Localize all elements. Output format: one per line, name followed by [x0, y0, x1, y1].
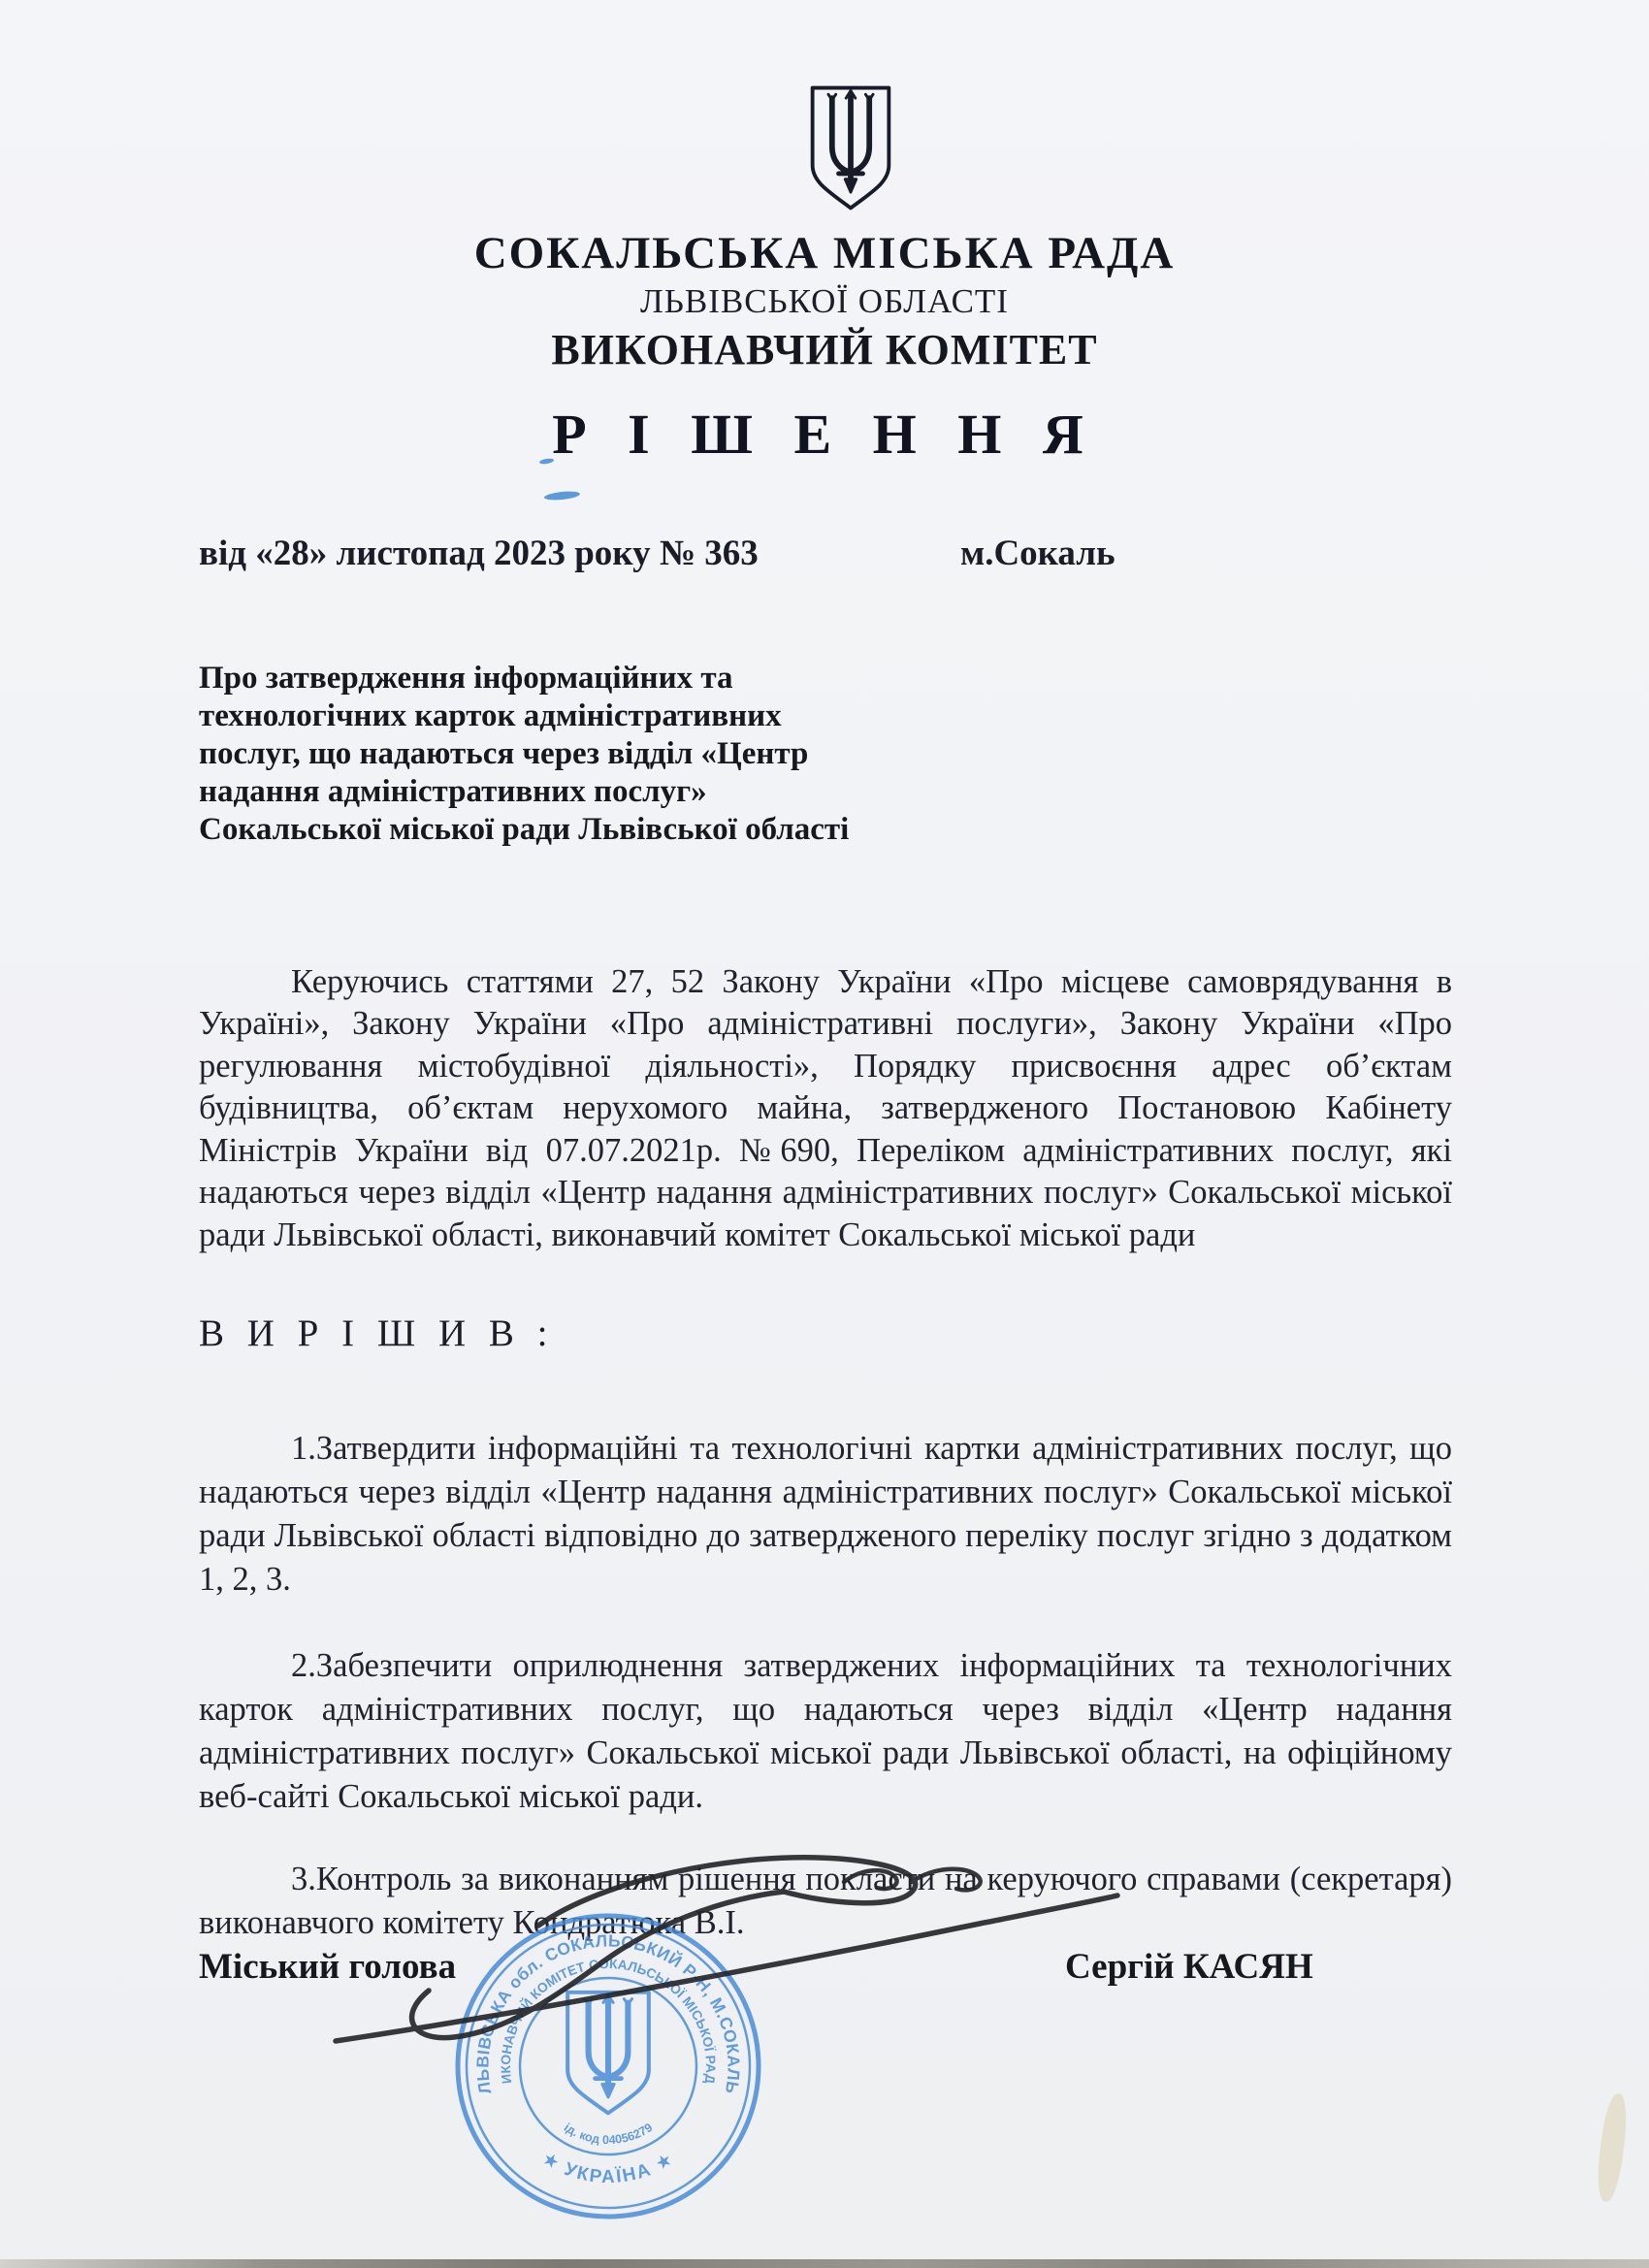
signer-name: Сергій КАСЯН: [1065, 1946, 1313, 1988]
svg-text:ід. код 04056279: ід. код 04056279: [562, 2121, 655, 2147]
svg-text:ВИКОНАВЧИЙ КОМІТЕТ СОКАЛЬСЬКОЇ: ВИКОНАВЧИЙ КОМІТЕТ СОКАЛЬСЬКОЇ МІСЬКОЇ Р…: [499, 1957, 718, 2085]
preamble-paragraph: Керуючись статтями 27, 52 Закону України…: [199, 961, 1452, 1257]
pen-mark: [544, 490, 581, 502]
stamp-trident-icon: [567, 1993, 649, 2113]
coat-of-arms-icon: [804, 81, 897, 215]
decision-item: 2.Забезпечити оприлюднення затверджених …: [199, 1644, 1452, 1819]
official-round-stamp: ЛЬВІВСЬКА обл. СОКАЛЬСЬКИЙ Р-Н, М.СОКАЛЬ…: [458, 1916, 759, 2217]
decision-item: 3.Контроль за виконанням рішення покласт…: [199, 1858, 1452, 1945]
scan-edge-strip: [0, 2259, 1649, 2268]
org-name: СОКАЛЬСЬКА МІСЬКА РАДА: [0, 227, 1649, 279]
scan-crease: [1594, 2092, 1630, 2203]
decision-item: 1.Затвердити інформаційні та технологічн…: [199, 1427, 1452, 1602]
committee-name: ВИКОНАВЧИЙ КОМІТЕТ: [0, 325, 1649, 374]
stamp-id-code: ід. код 04056279: [562, 2121, 655, 2147]
svg-text:ЛЬВІВСЬКА обл. СОКАЛЬСЬКИЙ Р-Н: ЛЬВІВСЬКА обл. СОКАЛЬСЬКИЙ Р-Н, М.СОКАЛЬ: [472, 1930, 743, 2095]
signer-title: Міський голова: [199, 1946, 456, 1988]
document-type-title: Р І Ш Е Н Н Я: [0, 402, 1649, 467]
subject-line: надання адміністративних послуг»: [199, 773, 897, 811]
subject-line: технологічних карток адміністративних: [199, 697, 897, 735]
date-number-line: від «28» листопад 2023 року № 363: [199, 533, 759, 574]
region-name: ЛЬВІВСЬКОЇ ОБЛАСТІ: [0, 282, 1649, 321]
stamp-country-text: ★ УКРАЇНА ★: [538, 2148, 678, 2187]
place-label: м.Сокаль: [960, 533, 1115, 574]
resolved-heading: В И Р І Ш И В :: [199, 1312, 554, 1355]
subject-line: Про затвердження інформаційних та: [199, 660, 897, 697]
subject-line: послуг, що надаються через відділ «Центр: [199, 735, 897, 773]
stamp-inner-ring-text: ВИКОНАВЧИЙ КОМІТЕТ СОКАЛЬСЬКОЇ МІСЬКОЇ Р…: [499, 1957, 718, 2085]
subject-block: Про затвердження інформаційних та технол…: [199, 660, 897, 849]
subject-line: Сокальської міської ради Львівської обла…: [199, 811, 897, 849]
svg-text:★ УКРАЇНА ★: ★ УКРАЇНА ★: [538, 2148, 678, 2187]
stamp-outer-ring-text: ЛЬВІВСЬКА обл. СОКАЛЬСЬКИЙ Р-Н, М.СОКАЛЬ: [472, 1930, 743, 2095]
scanned-decision-document: { "page": { "colors": { "paper": "#f2f3f…: [0, 0, 1649, 2268]
